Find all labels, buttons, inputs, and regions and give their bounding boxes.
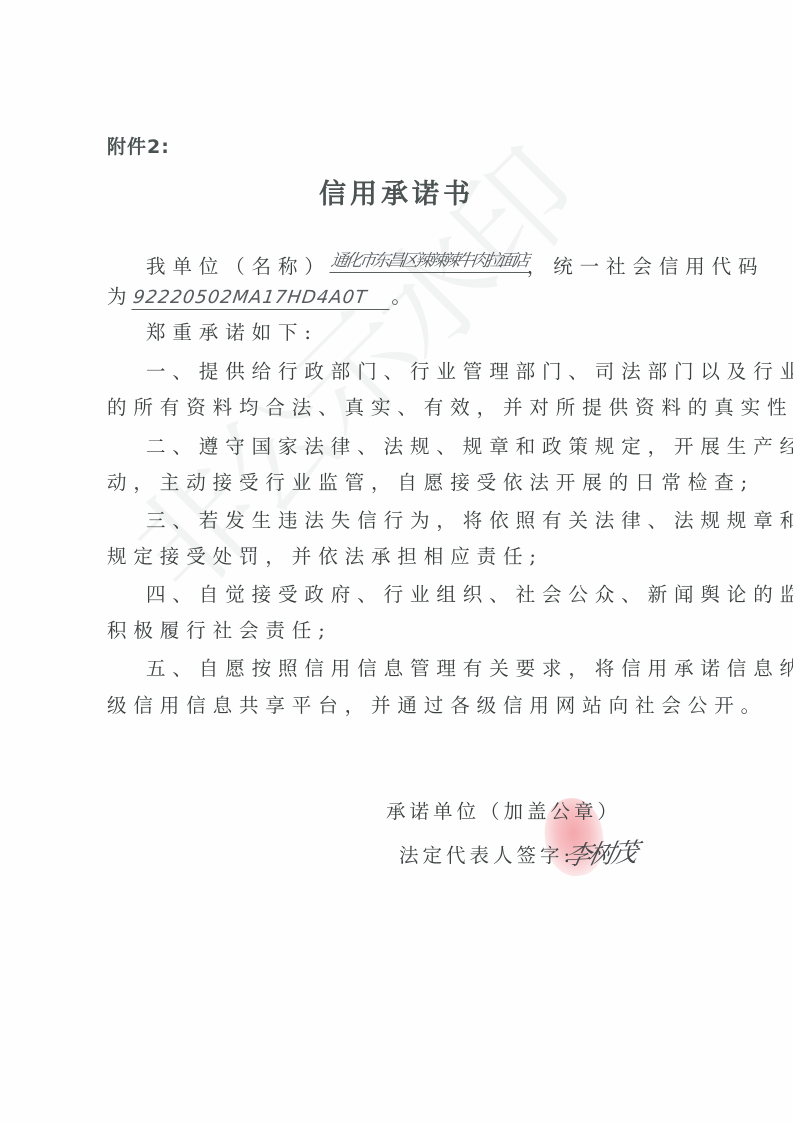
attachment-label: 附件2: <box>107 132 170 159</box>
legal-rep-label: 法定代表人签字: <box>399 840 574 868</box>
intro-prefix: 我单位（名称） <box>146 255 331 278</box>
intro-line-1: 我单位（名称）通化市东昌区辣辣辣牛肉拉面店，统一社会信用代码 <box>146 250 764 279</box>
pledge-4-line-2: 积极履行社会责任; <box>107 619 332 643</box>
credit-code-handwritten: 92220502MA17HD4A0T <box>132 287 393 310</box>
intro-line2-prefix: 为 <box>107 285 133 308</box>
pledge-2-line-2: 动，主动接受行业监管，自愿接受依法开展的日常检查; <box>107 471 754 495</box>
pledge-3-line-1: 三、若发生违法失信行为，将依照有关法律、法规规章和政策 <box>146 509 793 533</box>
document-title: 信用承诺书 <box>0 172 793 211</box>
pledge-2-line-1: 二、遵守国家法律、法规、规章和政策规定，开展生产经营活 <box>146 435 793 459</box>
intro-line2-suffix: 。 <box>391 285 417 308</box>
pledge-heading: 郑重承诺如下: <box>146 321 318 345</box>
intro-line-2: 为92220502MA17HD4A0T。 <box>107 285 418 310</box>
pledge-5-line-2: 级信用信息共享平台，并通过各级信用网站向社会公开。 <box>107 694 767 718</box>
pledge-1-line-1: 一、提供给行政部门、行业管理部门、司法部门以及行业组织 <box>146 360 793 384</box>
commitment-unit-label: 承诺单位（加盖公章） <box>386 796 621 824</box>
entity-name-handwritten: 通化市东昌区辣辣辣牛肉拉面店 <box>329 250 532 273</box>
pledge-5-line-1: 五、自愿按照信用信息管理有关要求，将信用承诺信息纳入各 <box>146 657 793 681</box>
pledge-4-line-1: 四、自觉接受政府、行业组织、社会公众、新闻舆论的监督， <box>146 583 793 607</box>
pledge-3-line-2: 规定接受处罚，并依法承担相应责任; <box>107 545 543 569</box>
pledge-1-line-2: 的所有资料均合法、真实、有效，并对所提供资料的真实性负责; <box>107 396 793 420</box>
legal-rep-signature: 李树茂 <box>562 832 639 873</box>
document-page: 非公示水印 附件2: 信用承诺书 我单位（名称）通化市东昌区辣辣辣牛肉拉面店，统… <box>0 0 793 1122</box>
intro-suffix: ，统一社会信用代码 <box>527 255 765 278</box>
